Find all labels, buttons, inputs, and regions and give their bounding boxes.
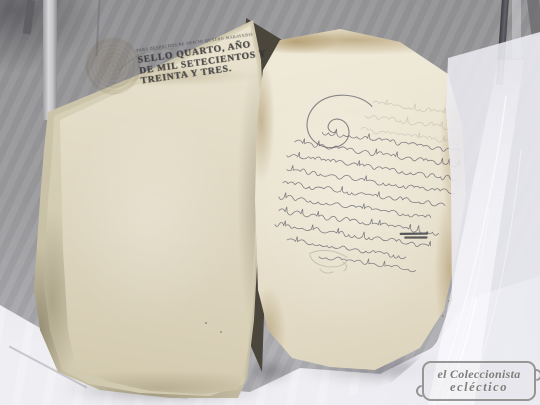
watermark-logo: el Coleccionista ecléctico xyxy=(422,361,536,401)
photo-antique-manuscripts: PARA DESPACHOS DE OFICIO QUATRO MARAVEDI… xyxy=(0,0,540,405)
watermark-flourish-icon xyxy=(528,367,540,384)
watermark-line1: el Coleccionista xyxy=(437,368,520,380)
fabric-fold-lines xyxy=(0,0,540,405)
watermark-line2: ecléctico xyxy=(450,381,508,394)
